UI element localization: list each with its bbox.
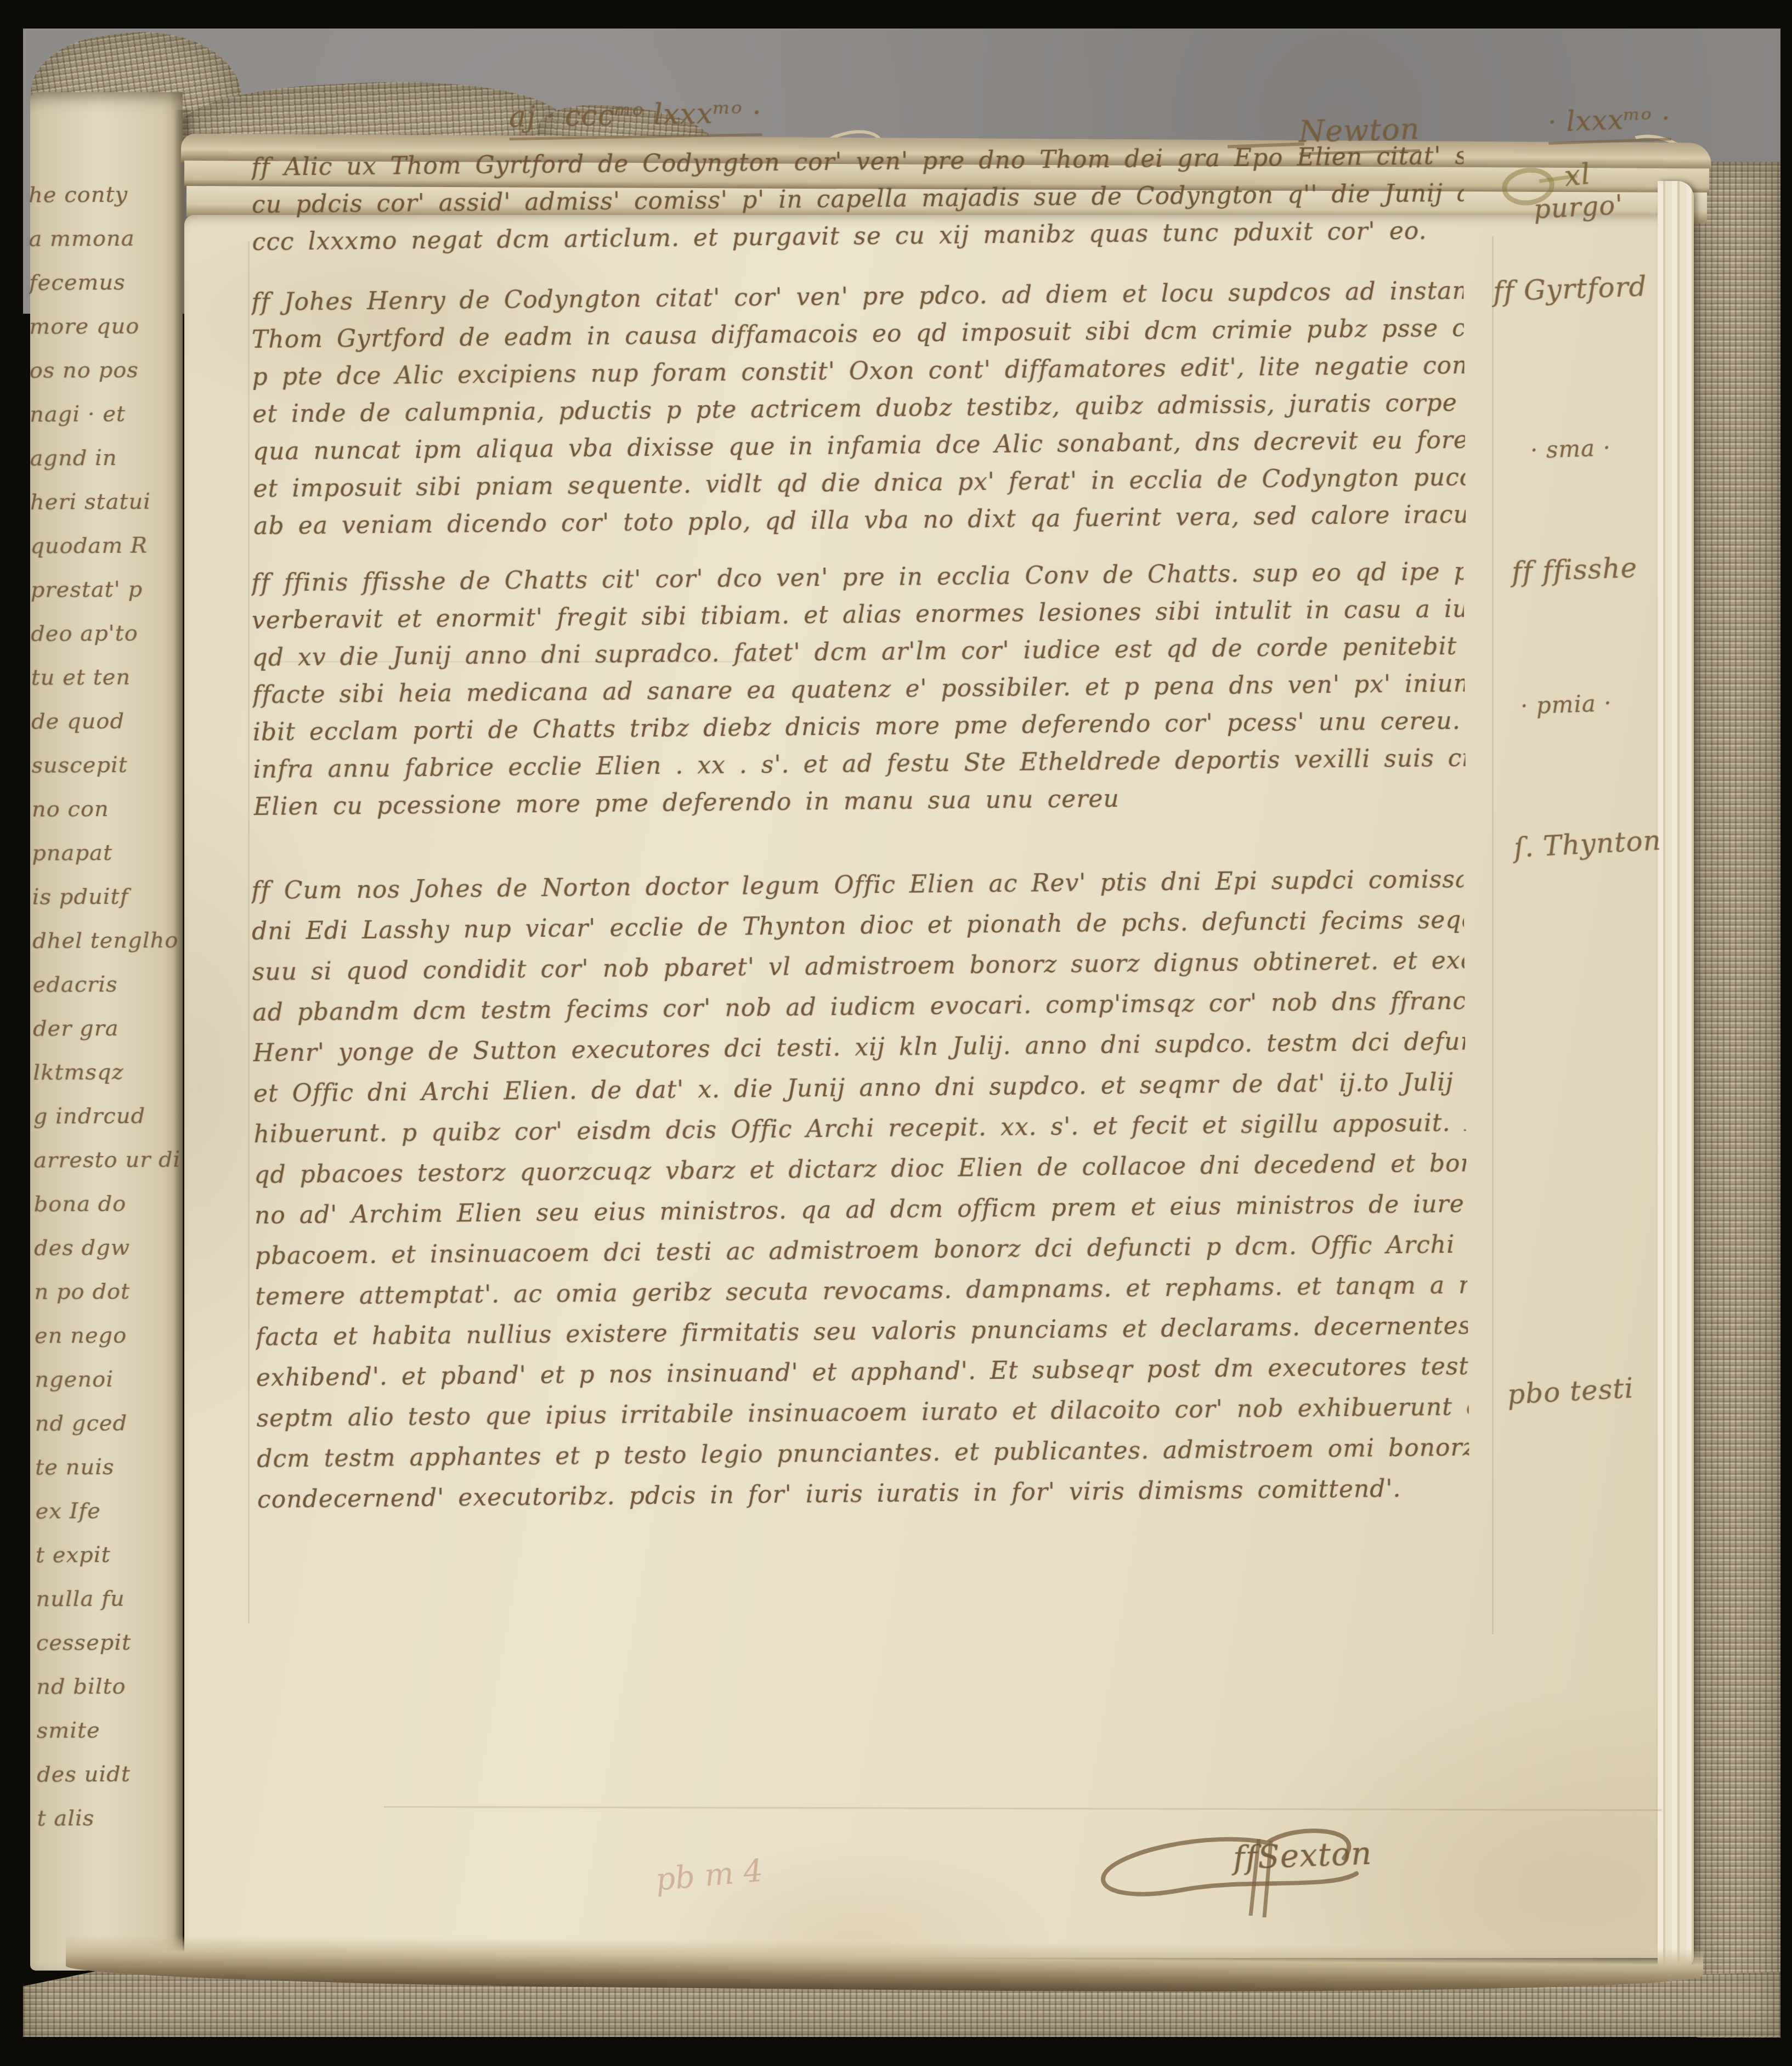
margin-note-prima: · pmia · [1520,690,1612,719]
manuscript-photo: he contya mmonafecemusmore quoos no posn… [0,0,1792,2066]
manuscript-fragment-line: smite [36,1708,185,1752]
manuscript-fragment-line: nagi · et [30,392,179,436]
manuscript-fragment-line: more quo [29,304,178,348]
manuscript-fragment-line: tu et ten [31,655,180,699]
page-edge-right [1658,181,1694,1969]
margin-note-ffisshe: ff ffisshe [1511,553,1638,587]
manuscript-fragment-line: pnapat [32,830,181,875]
margin-rule-right [1492,236,1494,1634]
manuscript-fragment-line: nd gced [35,1401,184,1445]
margin-note-summa: · sma · [1530,435,1611,463]
folio-number: · lxxxᵐᵒ · [1547,103,1671,145]
margin-note-gyrtford: ff Gyrtford [1493,271,1647,307]
manuscript-fragment-line: bona do [33,1181,183,1226]
manuscript-fragment-line: der gra [33,1006,182,1050]
manuscript-fragment-line: g indrcud [33,1094,183,1138]
manuscript-fragment-line: he conty [29,172,178,217]
manuscript-fragment-line: a mmona [29,216,178,261]
manuscript-fragment-line: de quod [31,699,180,743]
manuscript-fragment-line: n po dot [34,1269,183,1314]
previous-leaf-text: he contya mmonafecemusmore quoos no posn… [29,172,186,1884]
manuscript-fragment-line: en nego [35,1313,184,1357]
manuscript-fragment-line: quodam R [30,523,179,568]
manuscript-fragment-line: des uidt [37,1752,186,1796]
binding-cloth-right [1693,162,1780,2037]
year-heading: aj · cccᵐᵒ lxxxᵐᵒ · [508,98,762,140]
manuscript-fragment-line: no con [32,786,181,831]
manuscript-fragment-line: os no pos [30,348,179,392]
manuscript-fragment-line: arresto ur di [33,1137,183,1182]
manuscript-fragment-line: nd bilto [36,1664,185,1708]
manuscript-fragment-line: t expit [36,1532,185,1577]
manuscript-fragment-line: lktmsqz [33,1050,182,1094]
manuscript-fragment-line: heri statui [30,479,179,524]
manuscript-fragment-line: ex Ife [35,1488,184,1533]
manuscript-fragment-line: agnd in [30,435,179,480]
faded-scribble: pb m 4 [654,1856,764,1896]
manuscript-fragment-line: suscepit [31,743,180,787]
manuscript-fragment-line: prestat' p [31,567,180,612]
audit-mark: xl [1563,159,1592,193]
manuscript-fragment-line: dhel tenglho [32,918,182,963]
act-entry-2: ff Johes Henry de Codyngton citat' cor' … [251,273,1466,545]
margin-note-probate: pbo testi [1507,1373,1635,1410]
sexton-signature: ffSexton [1233,1836,1372,1876]
manuscript-fragment-line: cessepit [36,1620,185,1665]
manuscript-fragment-line: ngenoi [35,1357,184,1401]
manuscript-fragment-line: nulla fu [36,1576,185,1621]
manuscript-fragment-line: edacris [32,962,182,1006]
margin-rule-left [248,241,250,1623]
manuscript-fragment-line: t alis [37,1796,186,1840]
act-entry-1: ff Alic ux Thom Gyrtford de Codyngton co… [251,138,1465,261]
act-entry-3: ff ffinis ffisshe de Chatts cit' cor' dc… [251,553,1466,826]
manuscript-fragment-line: des dgw [34,1225,183,1270]
manuscript-fragment-line: is pduitf [32,874,182,919]
purgation-mark: purgo' [1533,191,1624,224]
manuscript-fragment-line: fecemus [29,260,178,304]
act-entry-4: ff Cum nos Johes de Norton doctor legum … [251,859,1469,1520]
manuscript-fragment-line: deo ap'to [31,611,180,655]
manuscript-fragment-line: te nuis [35,1445,184,1489]
